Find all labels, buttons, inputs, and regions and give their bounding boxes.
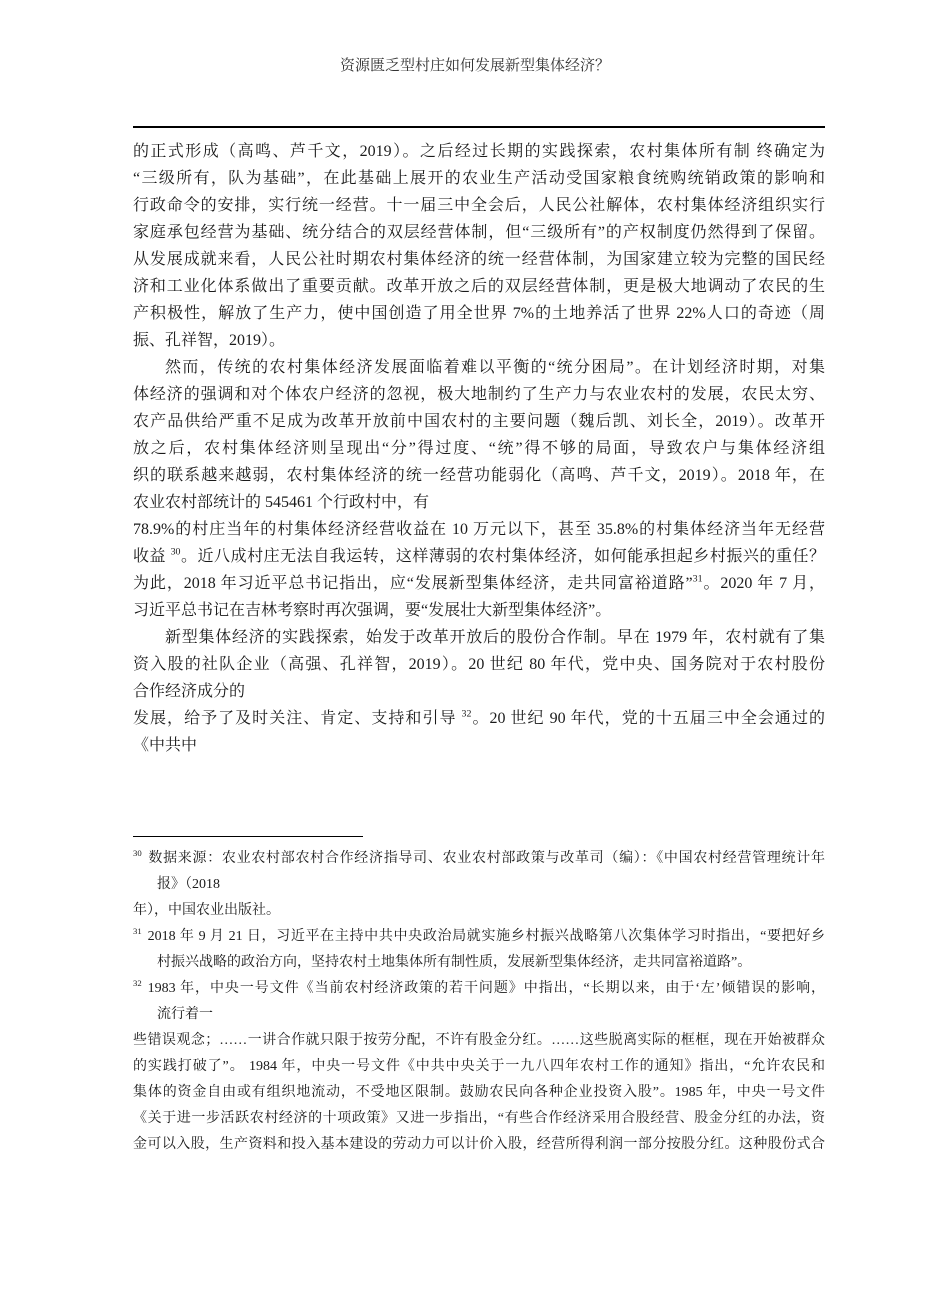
footnote-line: 321983 年，中央一号文件《当前农村经济政策的若干问题》中指出，“长期以来，…: [133, 976, 825, 1002]
body-text-line: 织的联系越来越弱，农村集体经济的统一经营功能弱化（高鸣、芦千文，2019）。20…: [133, 462, 825, 489]
footnote-number-31: 31: [133, 926, 142, 936]
footnote-line: 312018 年 9 月 21 日，习近平在主持中共中央政治局就实施乡村振兴战略…: [133, 924, 825, 950]
footnote-line: 年），中国农业出版社。: [133, 898, 825, 924]
footnote-line: 集体的资金自由或有组织地流动，不受地区限制。鼓励农民向各种企业投资入股”。198…: [133, 1080, 825, 1106]
body-text-line: “三级所有，队为基础”，在此基础上展开的农业生产活动受国家粮食统购统销政策的影响…: [133, 165, 825, 192]
body-text-line: 产积极性，解放了生产力，使中国创造了用全世界 7%的土地养活了世界 22%人口的…: [133, 300, 825, 327]
body-text-line: 放之后，农村集体经济则呈现出“分”得过度、“统”得不够的局面，导致农户与集体经济…: [133, 435, 825, 462]
footnote-line: 村振兴战略的政治方向，坚持农村土地集体所有制性质，发展新型集体经济，走共同富裕道…: [133, 950, 825, 976]
body-text-line: 体经济的强调和对个体农户经济的忽视，极大地制约了生产力与农业农村的发展，农民太穷…: [133, 381, 825, 408]
footnote-line: 金可以入股，生产资料和投入基本建设的劳动力可以计价入股，经营所得利润一部分按股分…: [133, 1132, 825, 1158]
body-text-line: 的正式形成（高鸣、芦千文，2019）。之后经过长期的实践探索，农村集体所有制 终…: [133, 138, 825, 165]
document-page: 资源匮乏型村庄如何发展新型集体经济？ 的正式形成（高鸣、芦千文，2019）。之后…: [0, 0, 950, 1290]
footnote-ref-31: 31: [693, 574, 703, 585]
body-text-line: 新型集体经济的实践探索，始发于改革开放后的股份合作制。早在 1979 年，农村就…: [133, 624, 825, 651]
body-text-line: 从发展成就来看，人民公社时期农村集体经济的统一经营体制，为国家建立较为完整的国民…: [133, 246, 825, 273]
body-text-line: 济和工业化体系做出了重要贡献。改革开放之后的双层经营体制，更是极大地调动了农民的…: [133, 273, 825, 300]
body-text-line: 78.9%的村庄当年的村集体经济经营收益在 10 万元以下，甚至 35.8%的村…: [133, 516, 825, 543]
body-text-line: 合作经济成分的: [133, 678, 825, 705]
footnote-number-30: 30: [133, 848, 142, 858]
body-text-line: 习近平总书记在吉林考察时再次强调，要“发展壮大新型集体经济”。: [133, 597, 825, 624]
body-text-line: 为此，2018 年习近平总书记指出，应“发展新型集体经济，走共同富裕道路”31。…: [133, 570, 825, 597]
body-text-line: 《中共中: [133, 732, 825, 759]
body-text-line: 然而，传统的农村集体经济发展面临着难以平衡的“统分困局”。在计划经济时期，对集: [133, 354, 825, 381]
body-text-line: 农产品供给严重不足成为改革开放前中国农村的主要问题（魏后凯、刘长全，2019）。…: [133, 408, 825, 435]
body-text-line: 资入股的社队企业（高强、孔祥智，2019）。20 世纪 80 年代，党中央、国务…: [133, 651, 825, 678]
footnote-ref-32: 32: [462, 709, 472, 720]
body-text-line: 收益 30。近八成村庄无法自我运转，这样薄弱的农村集体经济，如何能承担起乡村振兴…: [133, 543, 825, 570]
body-text-line: 振、孔祥智，2019）。: [133, 327, 825, 354]
body-text-line: 发展，给予了及时关注、肯定、支持和引导 32。20 世纪 90 年代，党的十五届…: [133, 705, 825, 732]
footnote-separator: [133, 836, 363, 837]
running-header-title: 资源匮乏型村庄如何发展新型集体经济？: [0, 54, 950, 75]
footnote-line: 的实践打破了”。 1984 年，中央一号文件《中共中央关于一九八四年农村工作的通…: [133, 1054, 825, 1080]
footnote-line: 30数据来源：农业农村部农村合作经济指导司、农业农村部政策与改革司（编）：《中国…: [133, 846, 825, 872]
body-text-line: 家庭承包经营为基础、统分结合的双层经营体制，但“三级所有”的产权制度仍然得到了保…: [133, 219, 825, 246]
footnote-line: 《关于进一步活跃农村经济的十项政策》又进一步指出，“有些合作经济采用合股经营、股…: [133, 1106, 825, 1132]
footnote-line: 流行着一: [133, 1002, 825, 1028]
footnote-ref-30: 30: [171, 547, 181, 558]
footnotes-section: 30数据来源：农业农村部农村合作经济指导司、农业农村部政策与改革司（编）：《中国…: [133, 846, 825, 1158]
footnote-line: 报》（2018: [133, 872, 825, 898]
footnote-line: 些错误观念；……一讲合作就只限于按劳分配，不许有股金分红。……这些脱离实际的框框…: [133, 1028, 825, 1054]
body-text: 的正式形成（高鸣、芦千文，2019）。之后经过长期的实践探索，农村集体所有制 终…: [133, 138, 825, 759]
header-rule: [133, 126, 825, 128]
body-text-line: 行政命令的安排，实行统一经营。十一届三中全会后，人民公社解体，农村集体经济组织实…: [133, 192, 825, 219]
body-text-line: 农业农村部统计的 545461 个行政村中，有: [133, 489, 825, 516]
footnote-number-32: 32: [133, 978, 142, 988]
